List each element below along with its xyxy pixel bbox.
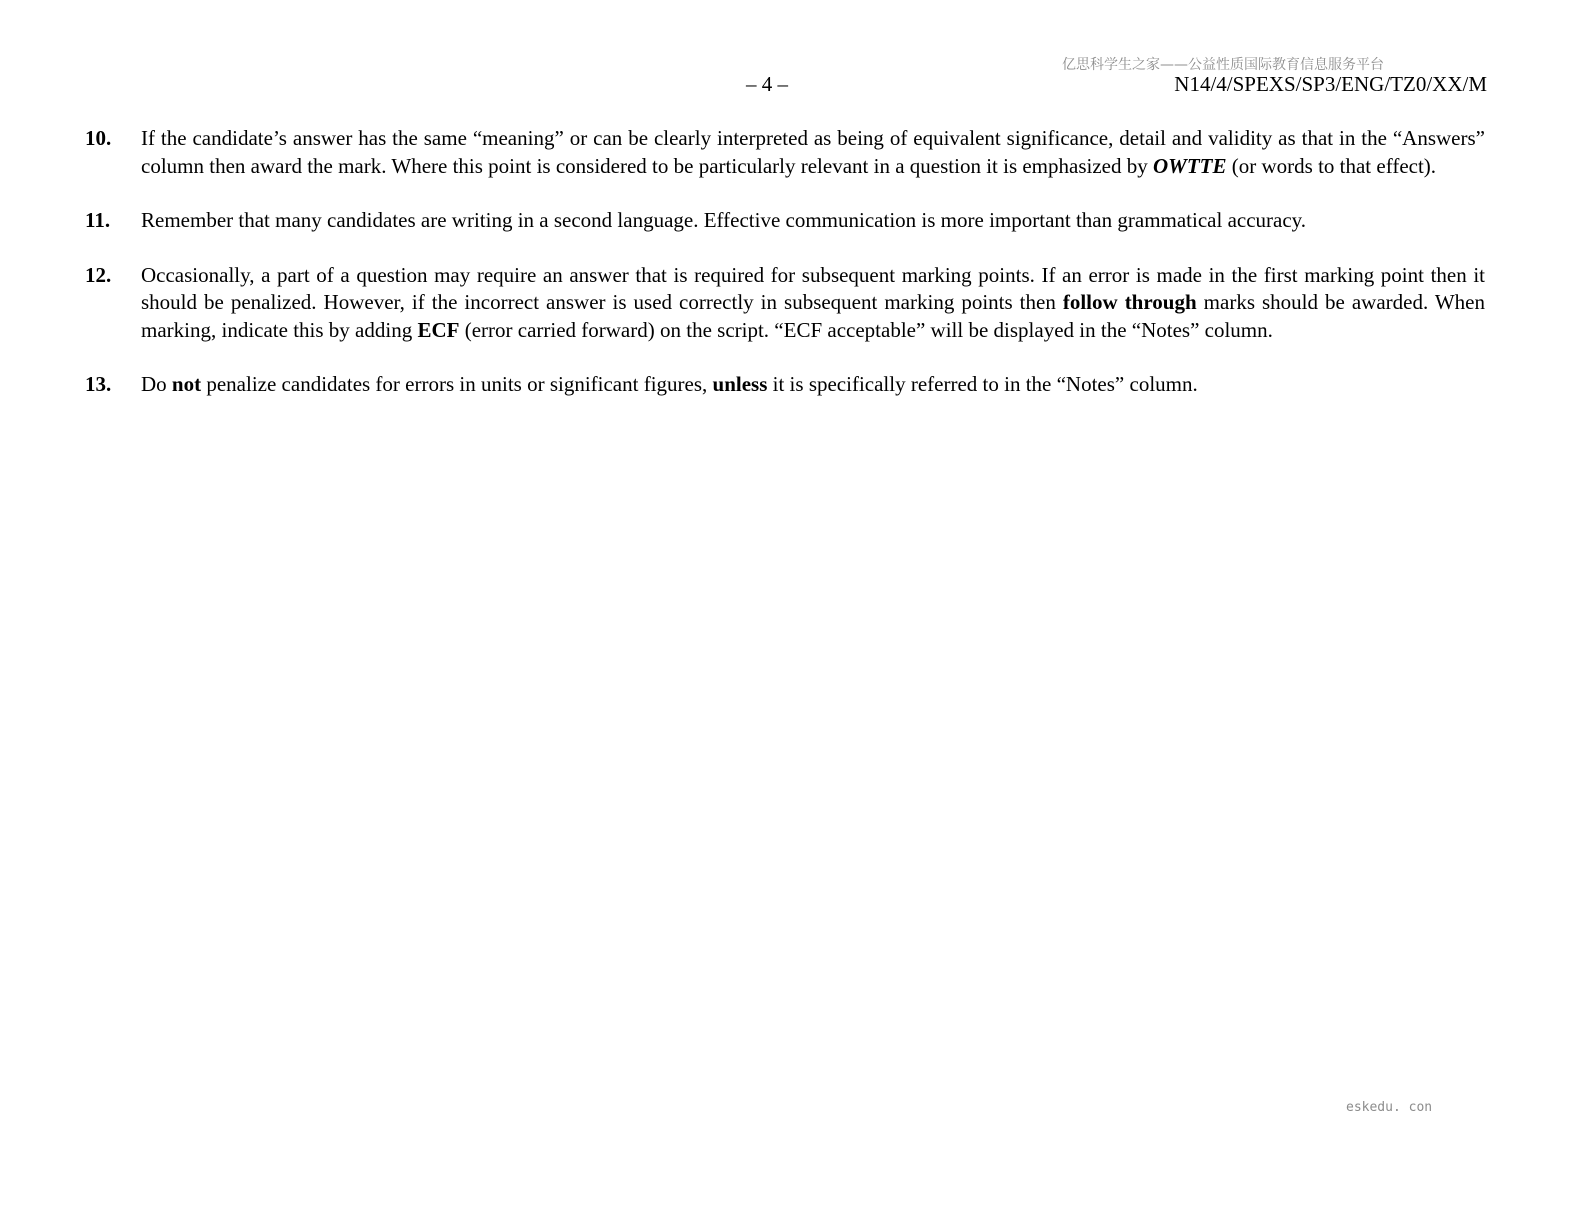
- item-number: 12.: [85, 262, 141, 345]
- watermark-header: 亿思科学生之家——公益性质国际教育信息服务平台: [1062, 54, 1384, 74]
- owtte-emphasis: OWTTE: [1153, 154, 1227, 178]
- item-number: 11.: [85, 207, 141, 235]
- follow-through-emphasis: follow through: [1063, 290, 1197, 314]
- marking-instructions-list: 10. If the candidate’s answer has the sa…: [85, 125, 1485, 426]
- item-text: If the candidate’s answer has the same “…: [141, 125, 1485, 180]
- instruction-item-13: 13. Do not penalize candidates for error…: [85, 371, 1485, 399]
- instruction-item-10: 10. If the candidate’s answer has the sa…: [85, 125, 1485, 180]
- item-text: Do not penalize candidates for errors in…: [141, 371, 1485, 399]
- page-number: – 4 –: [746, 72, 788, 97]
- not-emphasis: not: [172, 372, 201, 396]
- item-text: Occasionally, a part of a question may r…: [141, 262, 1485, 345]
- item-text: Remember that many candidates are writin…: [141, 207, 1485, 235]
- unless-emphasis: unless: [713, 372, 768, 396]
- item-number: 10.: [85, 125, 141, 180]
- watermark-footer: eskedu. con: [1346, 1100, 1432, 1115]
- instruction-item-12: 12. Occasionally, a part of a question m…: [85, 262, 1485, 345]
- item-number: 13.: [85, 371, 141, 399]
- ecf-emphasis: ECF: [417, 318, 459, 342]
- instruction-item-11: 11. Remember that many candidates are wr…: [85, 207, 1485, 235]
- document-code: N14/4/SPEXS/SP3/ENG/TZ0/XX/M: [1174, 72, 1487, 97]
